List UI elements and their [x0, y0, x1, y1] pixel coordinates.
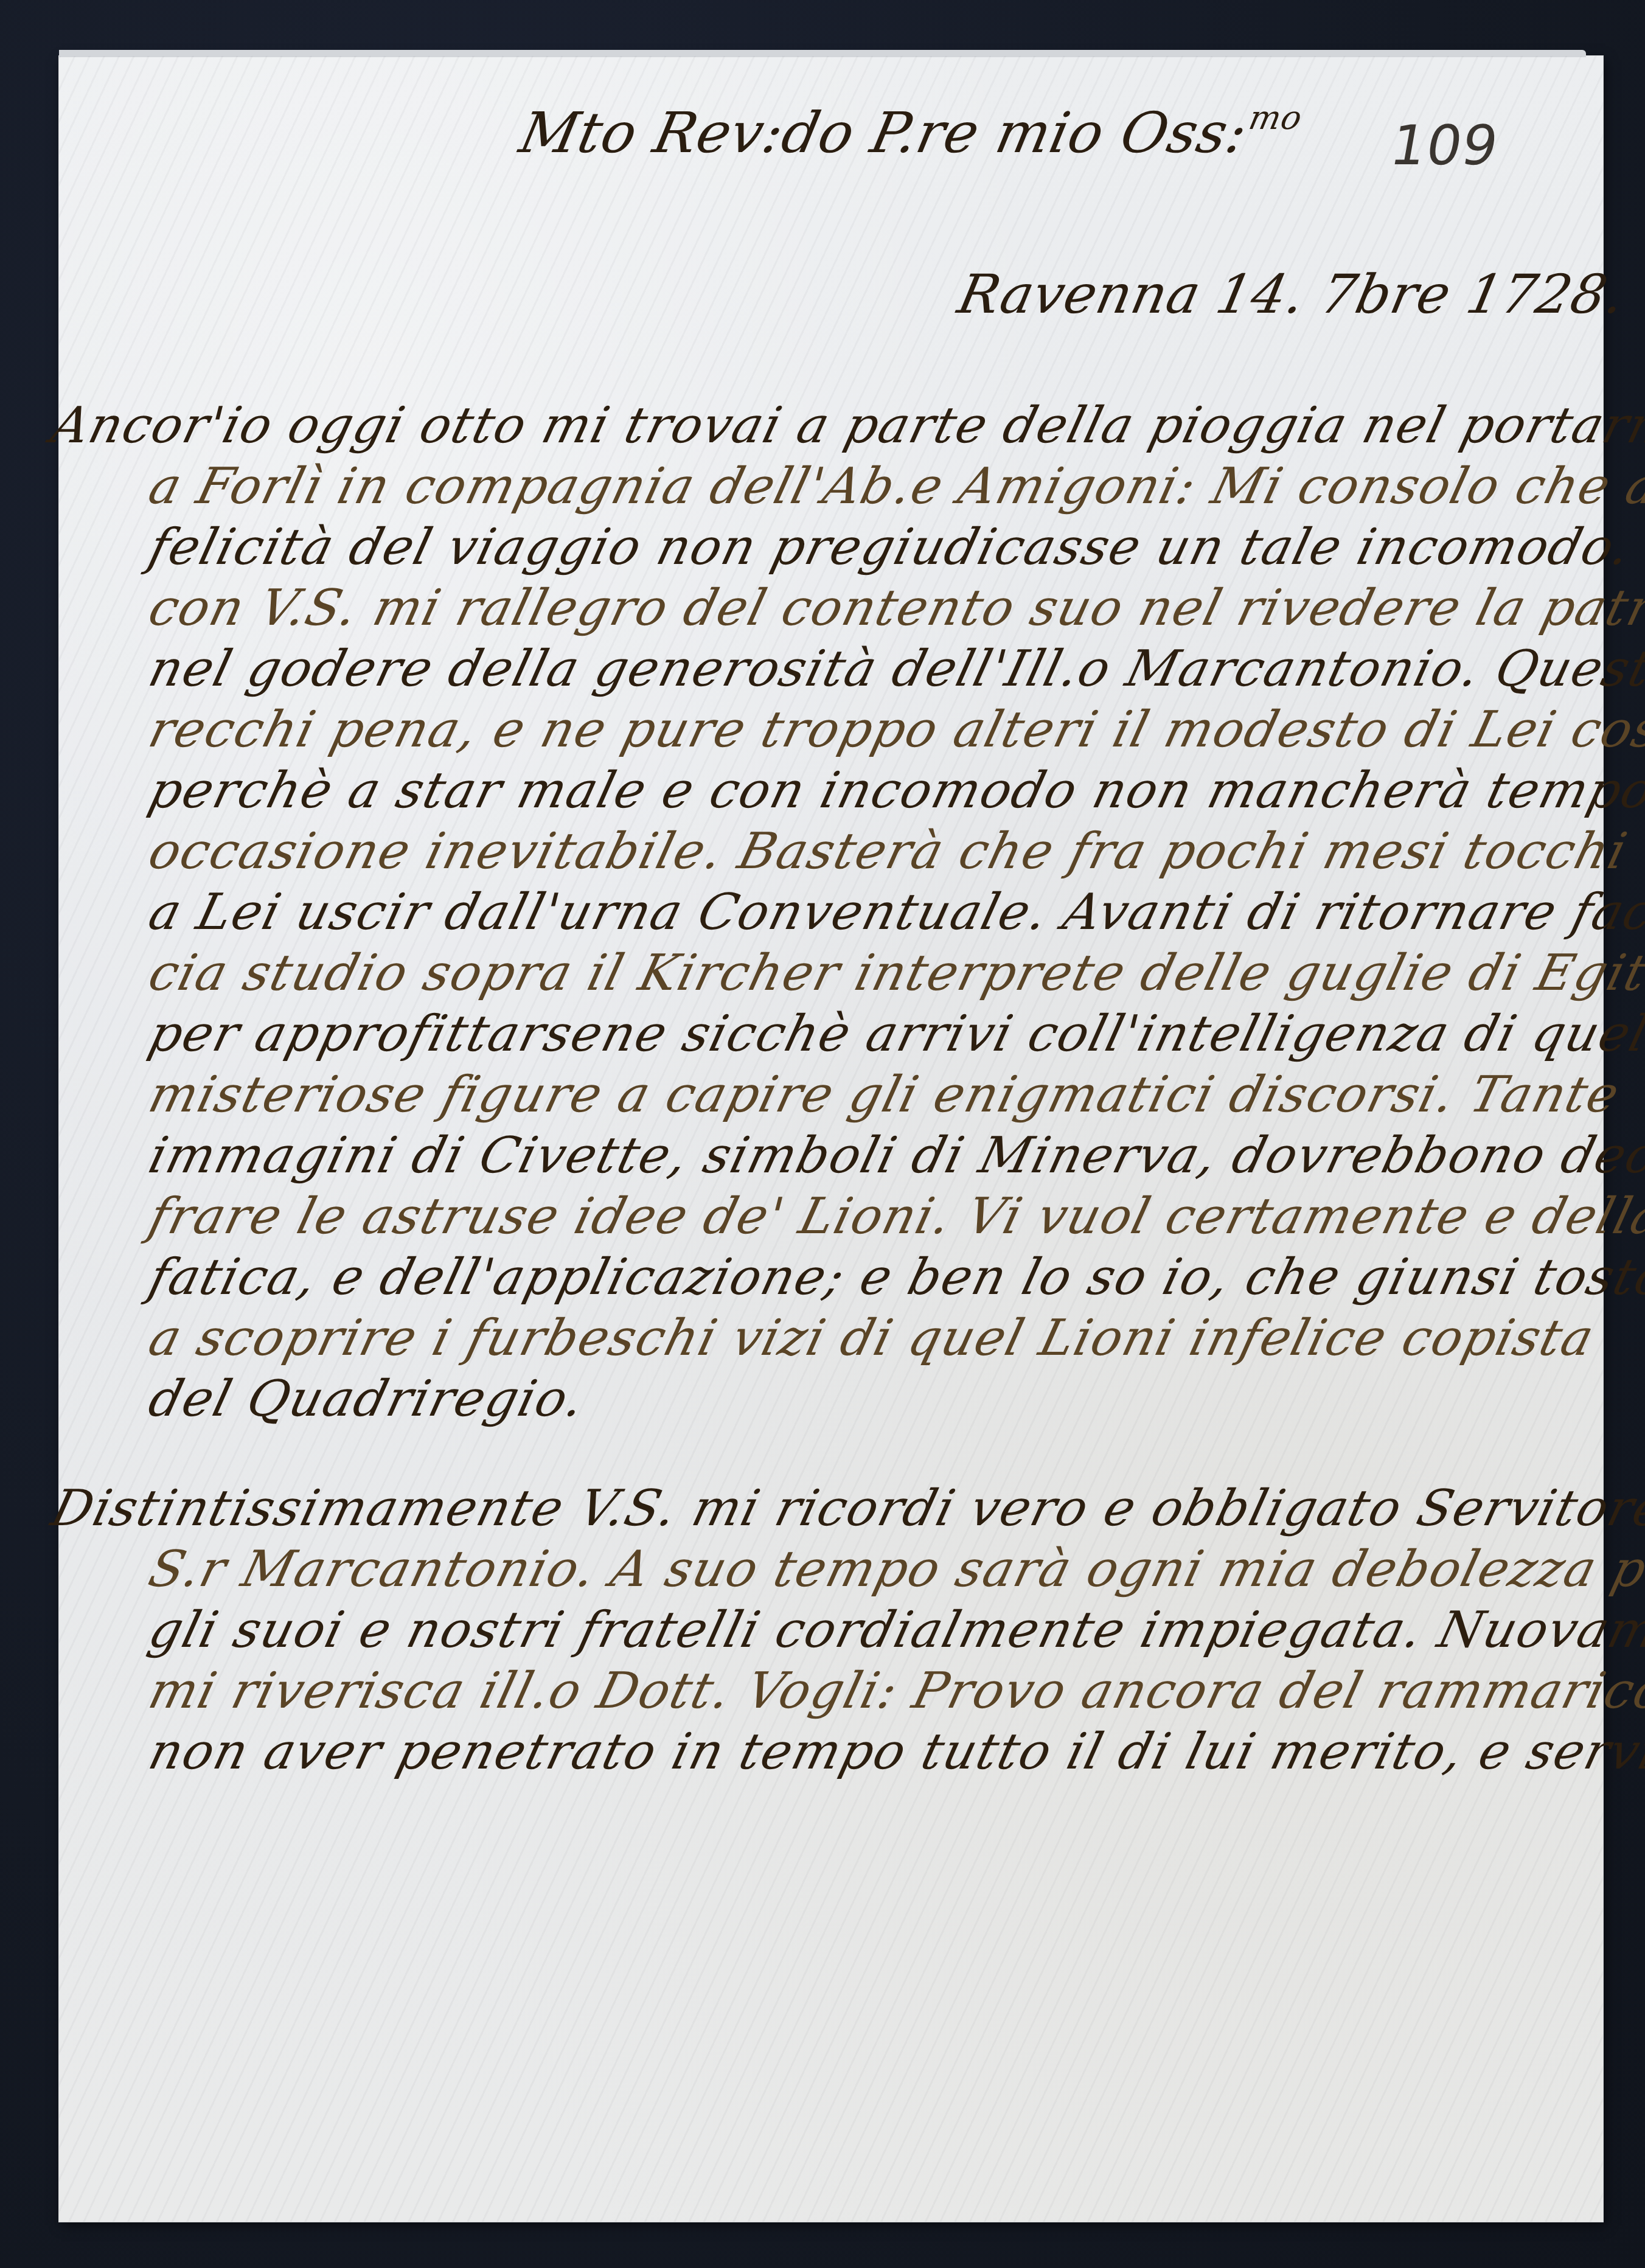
letter-line: mi riverisca ill.o Dott. Vogli: Provo an… [143, 1662, 1645, 1720]
letter-line: perchè a star male e con incomodo non ma… [143, 762, 1645, 819]
manuscript-page: Mto Rev:do P.re mio Oss:mo 109 Ravenna 1… [59, 56, 1603, 2222]
letter-line: misteriose figure a capire gli enigmatic… [143, 1066, 1626, 1124]
letter-line: a scoprire i furbeschi vizi di quel Lion… [143, 1309, 1600, 1367]
letter-line: Ancor'io oggi otto mi trovai a parte del… [46, 397, 1645, 454]
letter-line: a Lei uscir dall'urna Conventuale. Avant… [143, 883, 1645, 941]
letter-line: fatica, e dell'applicazione; e ben lo so… [143, 1248, 1645, 1306]
letter-line: cia studio sopra il Kircher interprete d… [143, 944, 1645, 1002]
letter-line: a Forlì in compagnia dell'Ab.e Amigoni: … [143, 457, 1645, 515]
letter-line: recchi pena, e ne pure troppo alteri il … [143, 701, 1645, 759]
letter-line: del Quadriregio. [143, 1370, 591, 1428]
letter-line: per approfittarsene sicchè arrivi coll'i… [143, 1005, 1645, 1063]
letter-line: con V.S. mi rallegro del contento suo ne… [143, 579, 1645, 637]
letter-line: nel godere della generosità dell'Ill.o M… [143, 640, 1645, 698]
letter-line: gli suoi e nostri fratelli cordialmente … [143, 1601, 1645, 1659]
letter-line: non aver penetrato in tempo tutto il di … [143, 1723, 1645, 1781]
letter-body: Ancor'io oggi otto mi trovai a parte del… [59, 56, 1603, 2222]
letter-line: Distintissimamente V.S. mi ricordi vero … [46, 1480, 1645, 1537]
letter-line: felicità del viaggio non pregiudicasse u… [143, 518, 1645, 576]
letter-line: S.r Marcantonio. A suo tempo sarà ogni m… [143, 1540, 1645, 1598]
letter-line: occasione inevitabile. Basterà che fra p… [143, 823, 1633, 880]
letter-line: immagini di Civette, simboli di Minerva,… [143, 1127, 1645, 1184]
letter-line: frare le astruse idee de' Lioni. Vi vuol… [143, 1188, 1645, 1245]
